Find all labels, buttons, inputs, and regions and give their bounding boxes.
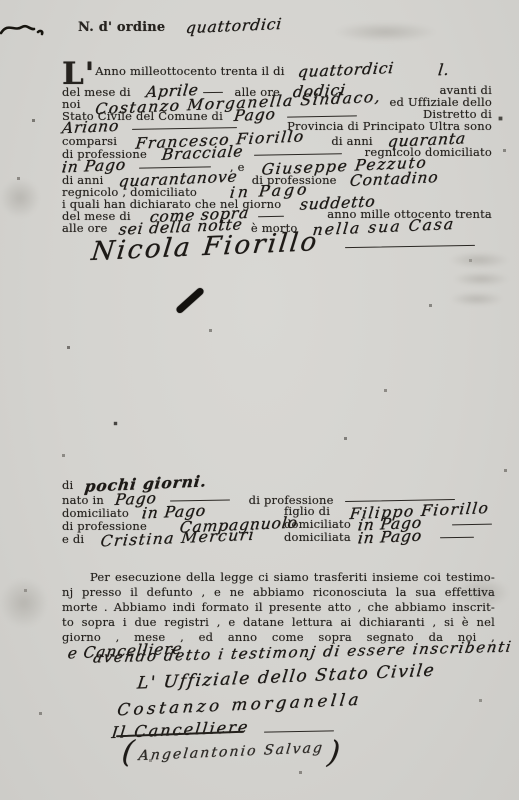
death-record-scan: { "page": { "paper_color": "#d5d4d0", "i… <box>0 0 519 800</box>
closing-paragraph-line: nj presso il defunto , e ne abbiamo rico… <box>62 585 495 599</box>
handwritten-stray-mark: l. <box>438 64 451 77</box>
fill-rule <box>132 127 237 130</box>
handwritten-official-signature: Costanzo morganella <box>117 693 363 717</box>
handwritten-clerk-signature: Angelantonio Salvag <box>138 742 325 763</box>
handwritten-official-title: L' Uffiziale dello Stato Civile <box>136 665 436 691</box>
fill-rule <box>264 730 334 733</box>
closing-paragraph-line: to sopra i due registri , e datane lettu… <box>62 615 495 629</box>
handwritten-mother-domicile: in Pago <box>357 530 423 546</box>
handwritten-attestation: avendo detto i testimonj di essere inscr… <box>92 641 513 665</box>
fill-rule <box>345 244 475 248</box>
fill-rule <box>203 91 223 93</box>
printed-text: Anno milleottocento trenta il di <box>95 64 284 78</box>
stray-ink-stroke <box>175 287 205 315</box>
fill-rule <box>440 537 474 539</box>
bleed-through-mark <box>452 272 510 286</box>
closing-paragraph-line: morte . Abbiamo indi formato il presente… <box>62 600 495 614</box>
printed-text: di <box>62 478 73 492</box>
handwritten-death-place: nella sua Casa <box>311 218 455 237</box>
closing-paragraph-line: Per esecuzione della legge ci siamo tras… <box>62 570 495 584</box>
flourish-open: ( <box>121 746 134 759</box>
bleed-through-mark <box>449 292 504 306</box>
details-line-5: e di Cristina Mercuri domiciliata in Pag… <box>62 531 492 546</box>
printed-text: domiciliata <box>284 531 351 544</box>
order-number-label: N. d' ordine <box>78 20 165 35</box>
printed-text: alle ore <box>62 221 108 235</box>
margin-ink-squiggle <box>0 18 56 44</box>
deceased-name-line: Nicola Fiorillo <box>92 241 475 256</box>
official-title-line: L' Uffiziale dello Stato Civile <box>138 670 434 684</box>
fill-rule <box>287 115 357 118</box>
printed-text: e di <box>62 532 84 546</box>
bleed-through-mark <box>333 22 438 42</box>
clerk-signature-line: ( Angelantonio Salvag ) <box>122 744 340 759</box>
official-signature-line: Costanzo morganella <box>118 698 361 711</box>
order-number-line: N. d' ordine quattordici <box>78 19 282 34</box>
flourish-close: ) <box>327 746 340 759</box>
attestation-line: avendo detto i testimonj di essere inscr… <box>94 645 511 659</box>
bleed-through-mark <box>0 178 40 218</box>
handwritten-deceased-name: Nicola Fiorillo <box>91 236 320 259</box>
paper-speckles <box>0 0 1 1</box>
handwritten-day: quattordici <box>297 62 395 79</box>
fill-rule <box>452 524 492 526</box>
handwritten-mother-name: Cristina Mercuri <box>100 529 256 549</box>
fill-rule <box>254 153 342 156</box>
bleed-through-mark <box>0 578 48 628</box>
fill-rule <box>258 215 284 217</box>
act-line-1: L'Anno milleottocento trenta il di quatt… <box>62 62 450 86</box>
order-number-value: quattordici <box>185 18 283 35</box>
